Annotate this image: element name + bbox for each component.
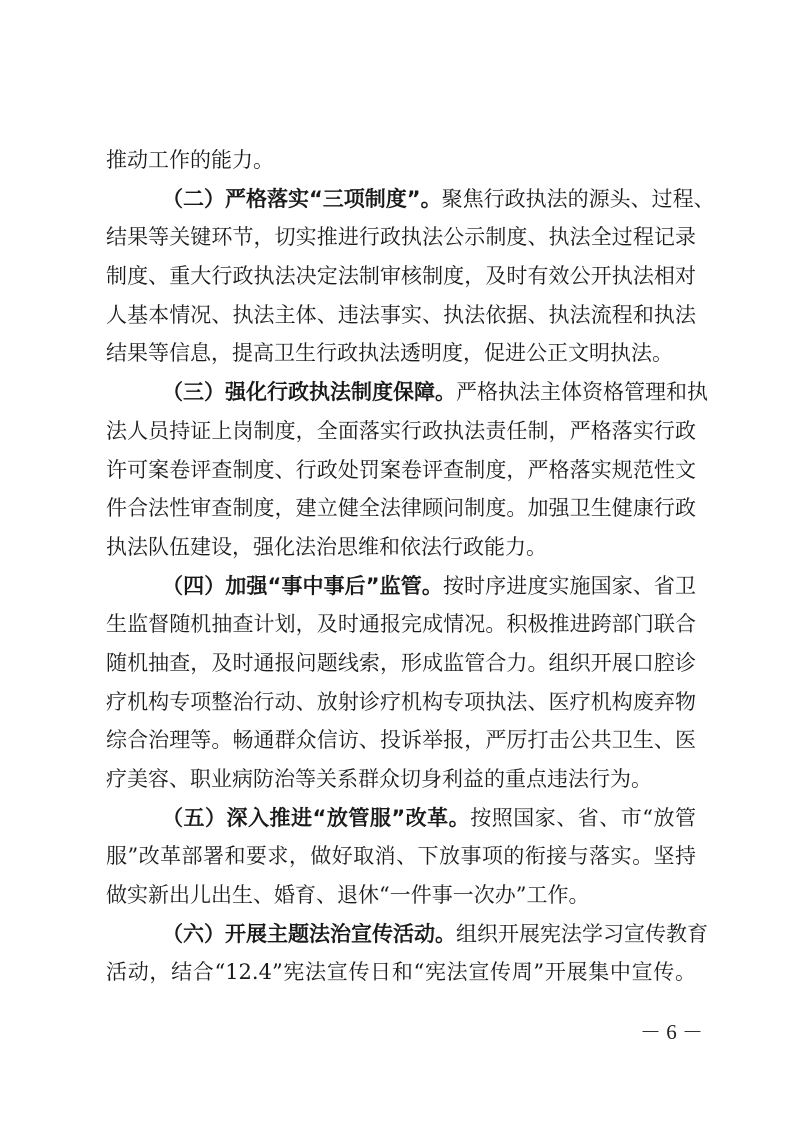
paragraph-line: 推动工作的能力。 — [106, 141, 696, 180]
line-text: 按时序进度实施国家、省卫 — [443, 574, 696, 598]
section-heading-line: （六）开展主题法治宣传活动。组织开展宪法学习宣传教育 — [106, 915, 696, 954]
line-text: 按照国家、省、市“放管 — [470, 806, 696, 830]
line-text: 严格执法主体资格管理和执 — [456, 380, 708, 404]
paragraph-line: 服”改革部署和要求，做好取消、下放事项的衔接与落实。坚持 — [106, 837, 696, 876]
line-text: 许可案卷评查制度、行政处罚案卷评查制度，严格落实规范性文 — [106, 458, 696, 482]
line-text: 制度、重大行政执法决定法制审核制度，及时有效公开执法相对 — [106, 264, 696, 288]
paragraph-line: 结果等信息，提高卫生行政执法透明度，促进公正文明执法。 — [106, 334, 696, 373]
paragraph-line: 结果等关键环节，切实推进行政执法公示制度、执法全过程记录 — [106, 218, 696, 257]
paragraph-line: 活动，结合“12.4”宪法宣传日和“宪法宣传周”开展集中宣传。 — [106, 953, 696, 992]
paragraph-line: 件合法性审查制度，建立健全法律顾问制度。加强卫生健康行政 — [106, 489, 696, 528]
section-heading-line: （三）强化行政执法制度保障。严格执法主体资格管理和执 — [106, 373, 696, 412]
line-text: 件合法性审查制度，建立健全法律顾问制度。加强卫生健康行政 — [106, 496, 696, 520]
line-text: 组织开展宪法学习宣传教育 — [456, 922, 708, 946]
paragraph-line: 疗美容、职业病防治等关系群众切身利益的重点违法行为。 — [106, 760, 696, 799]
line-text: 随机抽查，及时通报问题线索，形成监管合力。组织开展口腔诊 — [106, 651, 696, 675]
page-number: － 6 － — [640, 1016, 703, 1046]
line-text: 服”改革部署和要求，做好取消、下放事项的衔接与落实。坚持 — [106, 844, 696, 868]
paragraph-line: 随机抽查，及时通报问题线索，形成监管合力。组织开展口腔诊 — [106, 644, 696, 683]
section-heading: （五）深入推进“放管服”改革。 — [162, 806, 470, 830]
paragraph-line: 做实新出儿出生、婚育、退休“一件事一次办”工作。 — [106, 876, 696, 915]
section-heading: （二）严格落实“三项制度”。 — [162, 187, 442, 211]
paragraph-line: 生监督随机抽查计划，及时通报完成情况。积极推进跨部门联合 — [106, 605, 696, 644]
section-heading: （六）开展主题法治宣传活动。 — [162, 922, 456, 946]
paragraph-line: 疗机构专项整治行动、放射诊疗机构专项执法、医疗机构废弃物 — [106, 683, 696, 722]
line-text: 生监督随机抽查计划，及时通报完成情况。积极推进跨部门联合 — [106, 612, 696, 636]
line-text: 综合治理等。畅通群众信访、投诉举报，严厉打击公共卫生、医 — [106, 728, 696, 752]
line-text: 活动，结合“12.4”宪法宣传日和“宪法宣传周”开展集中宣传。 — [106, 960, 696, 984]
line-text: 疗机构专项整治行动、放射诊疗机构专项执法、医疗机构废弃物 — [106, 690, 696, 714]
paragraph-line: 许可案卷评查制度、行政处罚案卷评查制度，严格落实规范性文 — [106, 451, 696, 490]
body-text: 推动工作的能力。 （二）严格落实“三项制度”。聚焦行政执法的源头、过程、 结果等… — [106, 141, 696, 992]
line-text: 推动工作的能力。 — [106, 148, 274, 172]
paragraph-line: 综合治理等。畅通群众信访、投诉举报，严厉打击公共卫生、医 — [106, 721, 696, 760]
line-text: 疗美容、职业病防治等关系群众切身利益的重点违法行为。 — [106, 767, 652, 791]
paragraph-line: 人基本情况、执法主体、违法事实、执法依据、执法流程和执法 — [106, 296, 696, 335]
section-heading-line: （五）深入推进“放管服”改革。按照国家、省、市“放管 — [106, 799, 696, 838]
line-text: 做实新出儿出生、婚育、退休“一件事一次办”工作。 — [106, 883, 589, 907]
line-text: 法人员持证上岗制度，全面落实行政执法责任制，严格落实行政 — [106, 419, 696, 443]
paragraph-line: 法人员持证上岗制度，全面落实行政执法责任制，严格落实行政 — [106, 412, 696, 451]
line-text: 结果等信息，提高卫生行政执法透明度，促进公正文明执法。 — [106, 341, 673, 365]
line-text: 人基本情况、执法主体、违法事实、执法依据、执法流程和执法 — [106, 303, 696, 327]
line-text: 执法队伍建设，强化法治思维和依法行政能力。 — [106, 535, 547, 559]
section-heading: （三）强化行政执法制度保障。 — [162, 380, 456, 404]
line-text: 结果等关键环节，切实推进行政执法公示制度、执法全过程记录 — [106, 225, 696, 249]
document-page: 推动工作的能力。 （二）严格落实“三项制度”。聚焦行政执法的源头、过程、 结果等… — [0, 0, 793, 1122]
paragraph-line: 执法队伍建设，强化法治思维和依法行政能力。 — [106, 528, 696, 567]
section-heading-line: （二）严格落实“三项制度”。聚焦行政执法的源头、过程、 — [106, 180, 696, 219]
line-text: 聚焦行政执法的源头、过程、 — [442, 187, 715, 211]
section-heading-line: （四）加强“事中事后”监管。按时序进度实施国家、省卫 — [106, 567, 696, 606]
section-heading: （四）加强“事中事后”监管。 — [162, 574, 443, 598]
paragraph-line: 制度、重大行政执法决定法制审核制度，及时有效公开执法相对 — [106, 257, 696, 296]
